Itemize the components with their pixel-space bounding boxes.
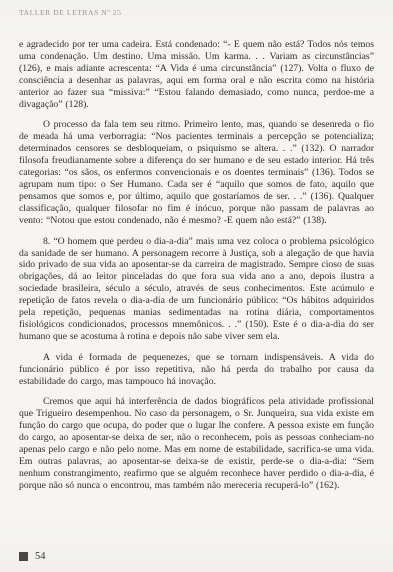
- paragraph-section-8: 8. “O homem que perdeu o dia-a-dia” mais…: [19, 236, 374, 343]
- page-number: 54: [35, 551, 46, 562]
- page-body: e agradecido por ter uma cadeira. Está c…: [19, 39, 374, 492]
- scanned-journal-page: TALLER DE LETRAS Nº 25 e agradecido por …: [0, 0, 393, 572]
- paragraph-vida-pequenezes: A vida é formada de pequenezes, que se t…: [19, 352, 374, 388]
- running-head: TALLER DE LETRAS Nº 25: [19, 8, 374, 17]
- square-bullet-icon: [19, 552, 28, 561]
- page-footer: 54: [19, 551, 46, 562]
- paragraph-continuation: e agradecido por ter uma cadeira. Está c…: [19, 39, 374, 110]
- paragraph-speech-process: O processo da fala tem seu ritmo. Primei…: [19, 119, 374, 226]
- paragraph-dados-biograficos: Cremos que aqui há interferência de dado…: [19, 396, 374, 491]
